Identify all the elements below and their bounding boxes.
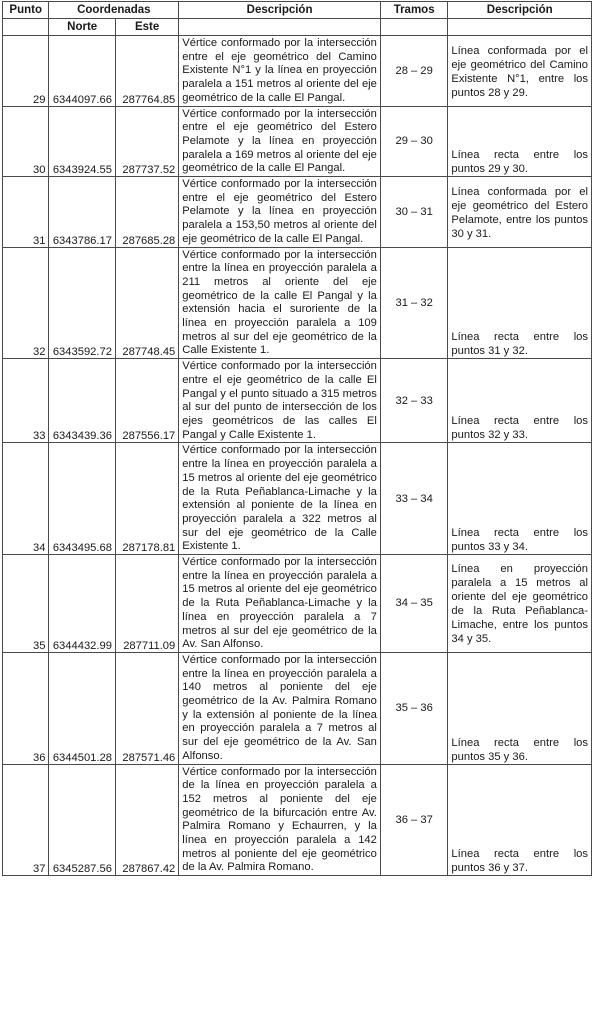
este-cell: 287711.09 [115, 555, 178, 653]
header-norte: Norte [49, 19, 116, 36]
norte-cell: 6343592.72 [49, 247, 116, 359]
punto-cell: 29 [3, 36, 49, 107]
norte-cell: 6343924.55 [49, 106, 116, 177]
este-cell: 287737.52 [115, 106, 178, 177]
norte-cell: 6343495.68 [49, 443, 116, 555]
header-tramos: Tramos [380, 2, 448, 19]
descripcion-cell: Vértice conformado por la intersección e… [179, 106, 381, 177]
header-este: Este [115, 19, 178, 36]
punto-cell: 32 [3, 247, 49, 359]
table-row: 296344097.66287764.85Vértice conformado … [3, 36, 592, 107]
tramo-cell: 30 – 31 [380, 177, 448, 248]
descripcion-cell: Vértice conformado por la intersección e… [179, 177, 381, 248]
header-punto: Punto [3, 2, 49, 19]
este-cell: 287764.85 [115, 36, 178, 107]
table-row: 316343786.17287685.28Vértice conformado … [3, 177, 592, 248]
vertices-table: Punto Coordenadas Descripción Tramos Des… [2, 1, 592, 876]
subheader-empty [3, 19, 49, 36]
descripcion-cell: Vértice conformado por la intersección e… [179, 652, 381, 764]
este-cell: 287178.81 [115, 443, 178, 555]
este-cell: 287748.45 [115, 247, 178, 359]
tramo-cell: 29 – 30 [380, 106, 448, 177]
descripcion-cell: Vértice conformado por la intersección e… [179, 247, 381, 359]
norte-cell: 6343786.17 [49, 177, 116, 248]
este-cell: 287685.28 [115, 177, 178, 248]
tramo-cell: 33 – 34 [380, 443, 448, 555]
table-row: 306343924.55287737.52Vértice conformado … [3, 106, 592, 177]
punto-cell: 37 [3, 764, 49, 876]
descripcion-cell: Vértice conformado por la intersección e… [179, 359, 381, 443]
norte-cell: 6345287.56 [49, 764, 116, 876]
subheader-empty [380, 19, 448, 36]
punto-cell: 36 [3, 652, 49, 764]
tramo-cell: 28 – 29 [380, 36, 448, 107]
descripcion-cell: Vértice conformado por la intersección e… [179, 443, 381, 555]
punto-cell: 34 [3, 443, 49, 555]
header-descripcion: Descripción [179, 2, 381, 19]
punto-cell: 35 [3, 555, 49, 653]
descripcion-tramo-cell: Línea conformada por el eje geométrico d… [448, 177, 592, 248]
table-row: 336343439.36287556.17Vértice conformado … [3, 359, 592, 443]
norte-cell: 6344432.99 [49, 555, 116, 653]
descripcion-tramo-cell: Línea recta entre los puntos 36 y 37. [448, 764, 592, 876]
este-cell: 287571.46 [115, 652, 178, 764]
punto-cell: 31 [3, 177, 49, 248]
table-row: 326343592.72287748.45Vértice conformado … [3, 247, 592, 359]
tramo-cell: 31 – 32 [380, 247, 448, 359]
header-coordenadas: Coordenadas [49, 2, 179, 19]
descripcion-tramo-cell: Línea recta entre los puntos 35 y 36. [448, 652, 592, 764]
este-cell: 287556.17 [115, 359, 178, 443]
descripcion-cell: Vértice conformado por la intersección e… [179, 36, 381, 107]
descripcion-tramo-cell: Línea recta entre los puntos 32 y 33. [448, 359, 592, 443]
tramo-cell: 34 – 35 [380, 555, 448, 653]
subheader-empty [179, 19, 381, 36]
punto-cell: 33 [3, 359, 49, 443]
descripcion-tramo-cell: Línea recta entre los puntos 31 y 32. [448, 247, 592, 359]
descripcion-cell: Vértice conformado por la intersección e… [179, 555, 381, 653]
table-row: 376345287.56287867.42Vértice conformado … [3, 764, 592, 876]
norte-cell: 6344097.66 [49, 36, 116, 107]
punto-cell: 30 [3, 106, 49, 177]
table-row: 356344432.99287711.09Vértice conformado … [3, 555, 592, 653]
table-row: 366344501.28287571.46Vértice conformado … [3, 652, 592, 764]
tramo-cell: 36 – 37 [380, 764, 448, 876]
descripcion-tramo-cell: Línea recta entre los puntos 29 y 30. [448, 106, 592, 177]
table-row: 346343495.68287178.81Vértice conformado … [3, 443, 592, 555]
descripcion-tramo-cell: Línea conformada por el eje geométrico d… [448, 36, 592, 107]
este-cell: 287867.42 [115, 764, 178, 876]
header-descripcion-tramo: Descripción [448, 2, 592, 19]
descripcion-tramo-cell: Línea en proyección paralela a 15 metros… [448, 555, 592, 653]
descripcion-tramo-cell: Línea recta entre los puntos 33 y 34. [448, 443, 592, 555]
descripcion-cell: Vértice conformado por la intersección d… [179, 764, 381, 876]
norte-cell: 6344501.28 [49, 652, 116, 764]
tramo-cell: 35 – 36 [380, 652, 448, 764]
subheader-empty [448, 19, 592, 36]
tramo-cell: 32 – 33 [380, 359, 448, 443]
norte-cell: 6343439.36 [49, 359, 116, 443]
